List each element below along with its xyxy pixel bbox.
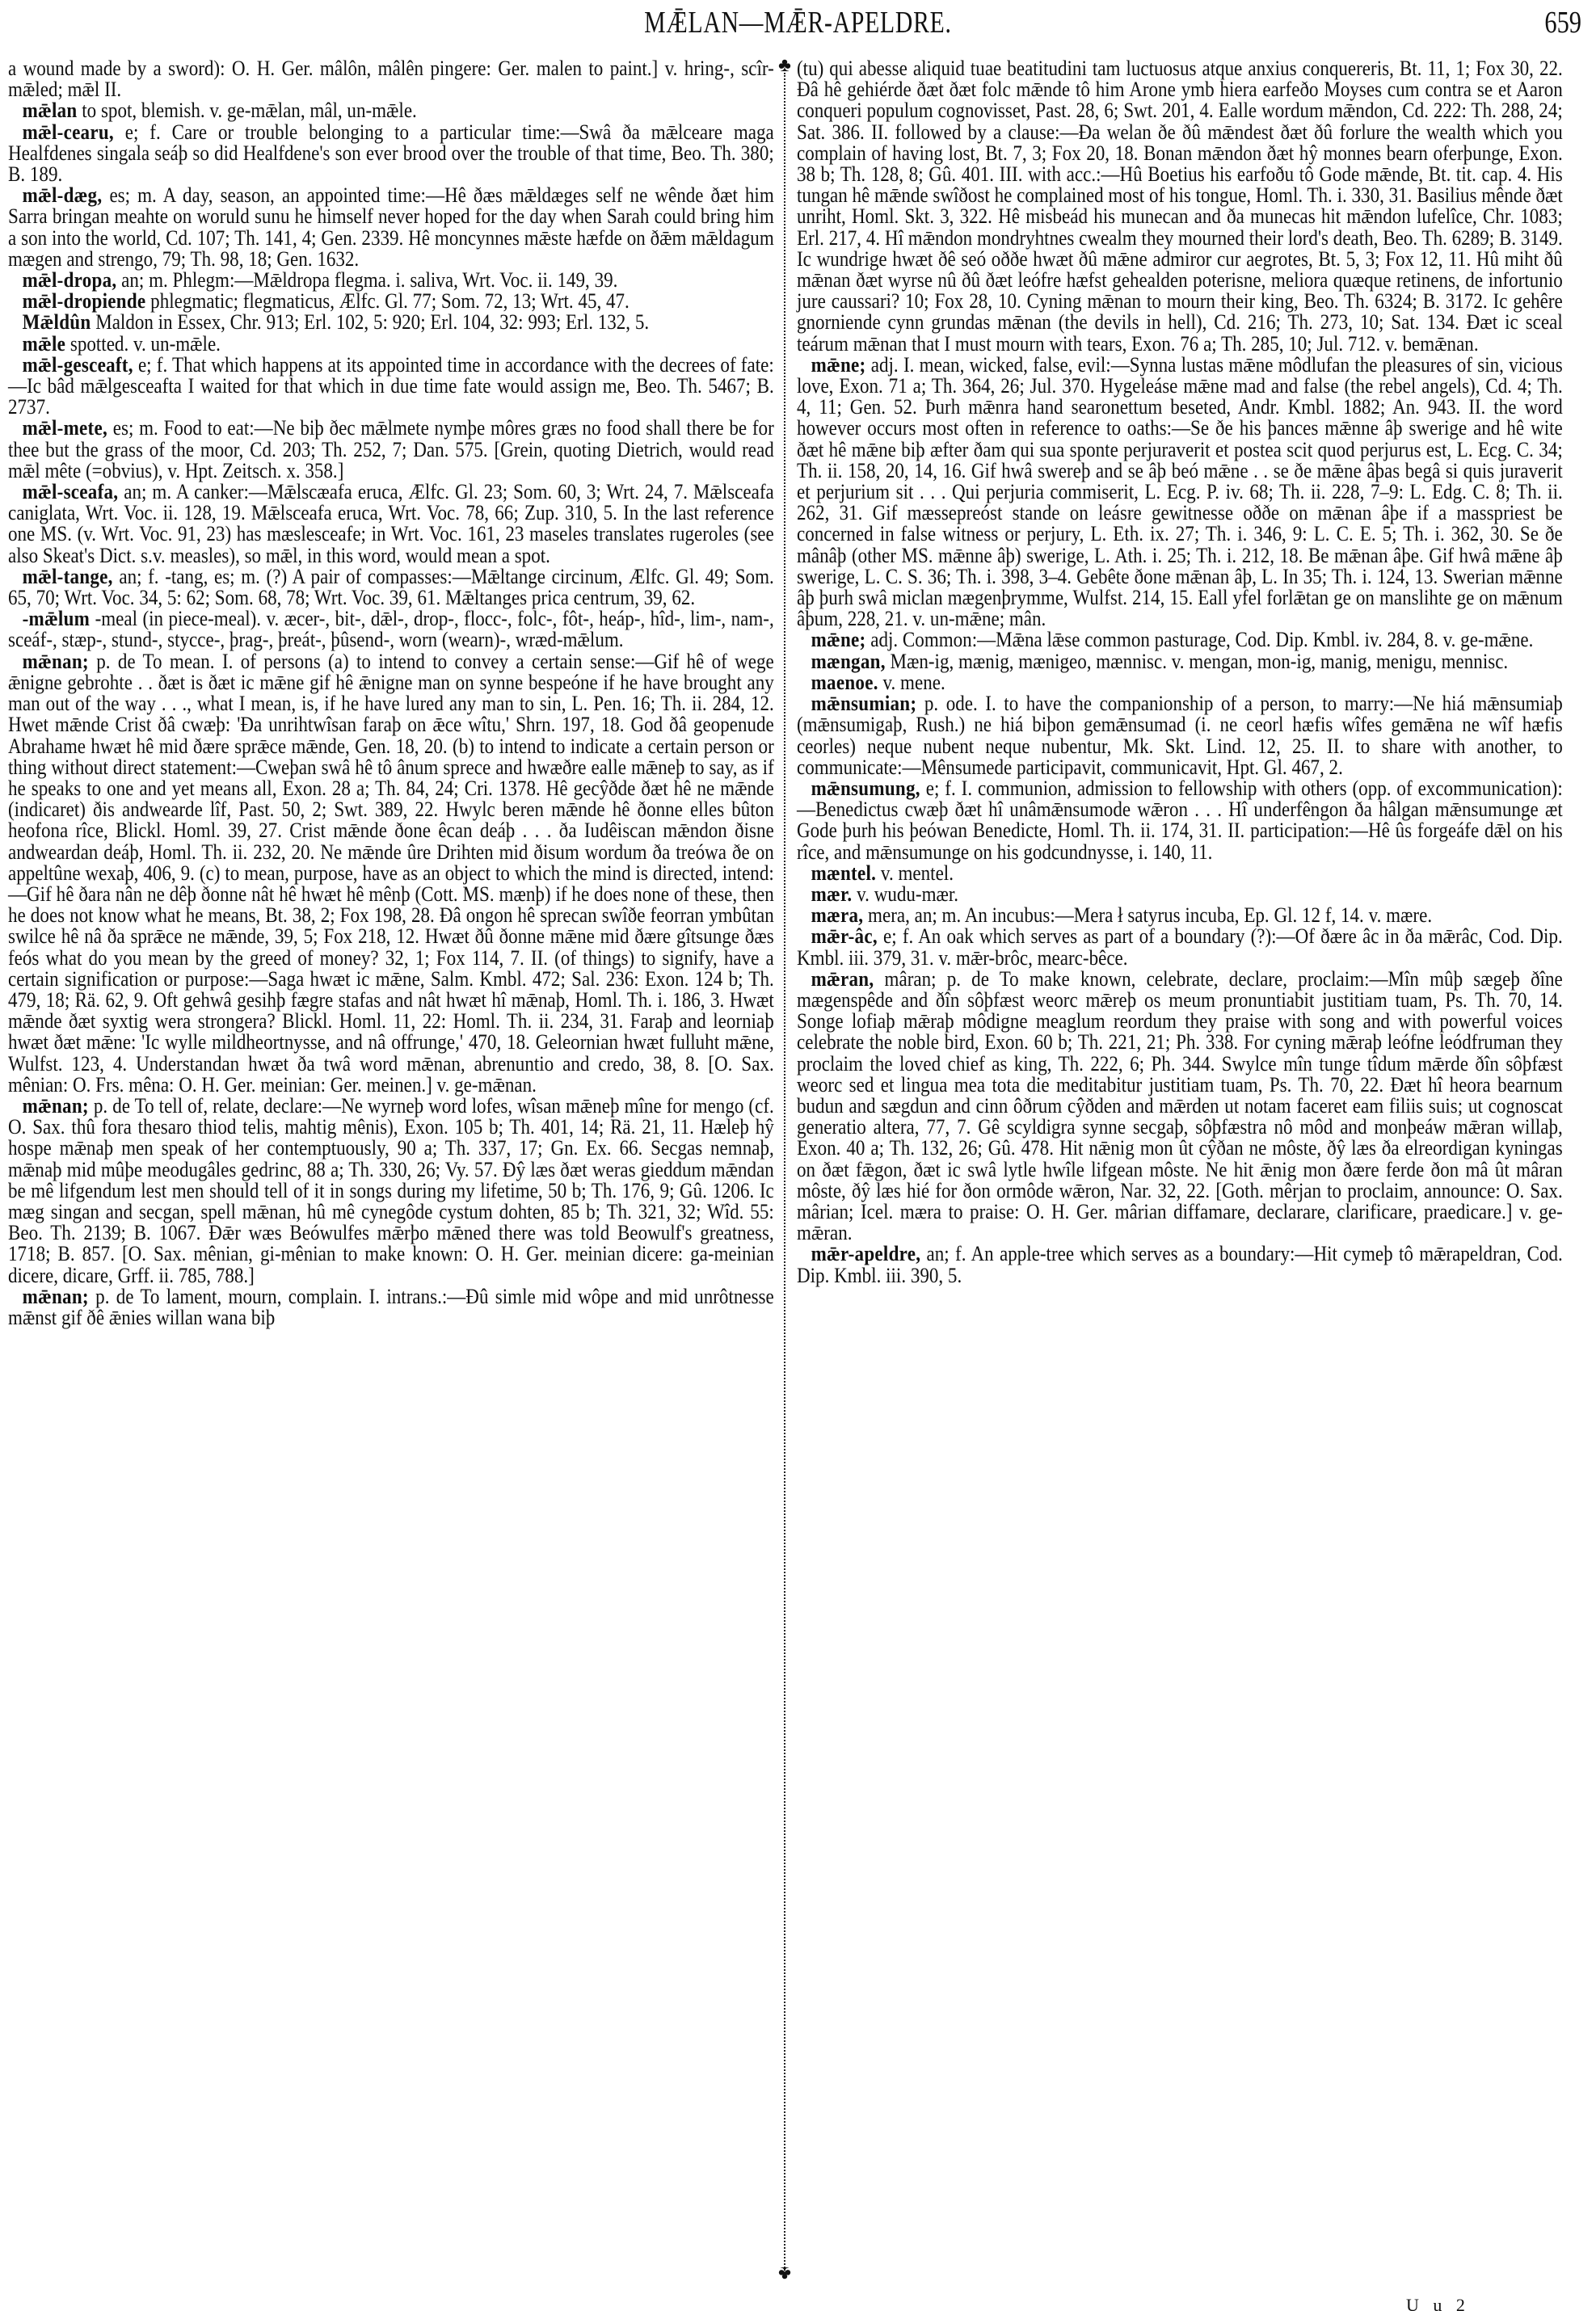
dictionary-entry: mǣnan; p. de To lament, mourn, complain.… bbox=[8, 1286, 774, 1328]
entry-headword: mǣlan bbox=[23, 99, 78, 122]
dictionary-entry: mǣnsumian; p. ode. I. to have the compan… bbox=[797, 693, 1563, 778]
entry-headword: mǣl-dropa, bbox=[23, 268, 117, 292]
entry-body: adj. Common:—Mǣna lǣse common pasturage,… bbox=[865, 628, 1533, 651]
entry-continuation: a wound made by a sword): O. H. Ger. mâl… bbox=[8, 58, 774, 100]
entry-body: phlegmatic; flegmaticus, Ælfc. Gl. 77; S… bbox=[145, 289, 629, 313]
entry-body: p. de To mean. I. of persons (a) to inte… bbox=[8, 650, 774, 1097]
entry-headword: mǣnsumung, bbox=[811, 777, 920, 800]
dictionary-entry: mǣle spotted. v. un-mǣle. bbox=[8, 334, 774, 355]
entry-headword: mǣl-dæg, bbox=[23, 183, 103, 207]
dictionary-entry: mær. v. wudu-mær. bbox=[797, 884, 1563, 905]
dictionary-entry: mǣran, mâran; p. de To make known, celeb… bbox=[797, 969, 1563, 1244]
dictionary-entry: mǣl-dropa, an; m. Phlegm:—Mǣldropa flegm… bbox=[8, 270, 774, 291]
dictionary-entry: mǣr-apeldre, an; f. An apple-tree which … bbox=[797, 1244, 1563, 1286]
entry-body: an; f. -tang, es; m. (?) A pair of compa… bbox=[8, 565, 774, 609]
entry-body: p. de To lament, mourn, complain. I. int… bbox=[8, 1285, 774, 1329]
dictionary-entry: mǣnan; p. de To tell of, relate, declare… bbox=[8, 1096, 774, 1286]
dictionary-entry: Mǣldûn Maldon in Essex, Chr. 913; Erl. 1… bbox=[8, 312, 774, 333]
dictionary-entry: mæntel. v. mentel. bbox=[797, 863, 1563, 884]
dictionary-entry: mǣl-sceafa, an; m. A canker:—Mǣlscæafa e… bbox=[8, 482, 774, 566]
entry-body: adj. I. mean, wicked, false, evil:—Synna… bbox=[797, 353, 1563, 630]
dictionary-entry: mæra, mera, an; m. An incubus:—Mera ł sa… bbox=[797, 905, 1563, 926]
entry-headword: mǣl-mete, bbox=[23, 416, 107, 440]
entry-headword: mǣle bbox=[23, 332, 66, 356]
entry-headword: mǣl-tange, bbox=[23, 565, 113, 588]
dictionary-entry: mǣl-dropiende phlegmatic; flegmaticus, Æ… bbox=[8, 291, 774, 312]
entry-continuation: (tu) qui abesse aliquid tuae beatitudini… bbox=[797, 58, 1563, 355]
dictionary-entry: mǣl-tange, an; f. -tang, es; m. (?) A pa… bbox=[8, 566, 774, 608]
entry-body: es; m. A day, season, an appointed time:… bbox=[8, 183, 774, 271]
entry-headword: mǣl-gesceaft, bbox=[23, 353, 133, 377]
dictionary-entry: mǣnan; p. de To mean. I. of persons (a) … bbox=[8, 651, 774, 1096]
right-column: (tu) qui abesse aliquid tuae beatitudini… bbox=[797, 58, 1563, 1286]
entry-headword: mǣran, bbox=[811, 967, 874, 991]
trefoil-ornament-icon: ♣ bbox=[774, 2263, 795, 2284]
entry-body: mera, an; m. An incubus:—Mera ł satyrus … bbox=[863, 903, 1432, 927]
entry-headword: mǣne; bbox=[811, 628, 866, 651]
column-divider bbox=[784, 73, 785, 2271]
entry-headword: mǣr-apeldre, bbox=[811, 1242, 921, 1265]
entry-body: an; m. A canker:—Mǣlscæafa eruca, Ælfc. … bbox=[8, 480, 774, 567]
entry-body: e; f. Care or trouble belonging to a par… bbox=[8, 120, 774, 186]
dictionary-entry: mǣne; adj. I. mean, wicked, false, evil:… bbox=[797, 355, 1563, 630]
entry-headword: mǣl-dropiende bbox=[23, 289, 146, 313]
dictionary-entry: mǣl-gesceaft, e; f. That which happens a… bbox=[8, 355, 774, 419]
entry-body: -meal (in piece-meal). v. æcer-, bit-, d… bbox=[8, 607, 774, 651]
entry-headword: mǣl-sceafa, bbox=[23, 480, 119, 503]
dictionary-entry: maenoe. v. mene. bbox=[797, 672, 1563, 693]
signature-mark: U u 2 bbox=[1406, 2295, 1470, 2311]
dictionary-entry: -mǣlum -meal (in piece-meal). v. æcer-, … bbox=[8, 608, 774, 650]
entry-headword: mǣr-âc, bbox=[811, 924, 878, 948]
entry-headword: Mǣldûn bbox=[23, 310, 91, 334]
entry-body: to spot, blemish. v. ge-mǣlan, mâl, un-m… bbox=[78, 99, 417, 122]
entry-body: (tu) qui abesse aliquid tuae beatitudini… bbox=[797, 57, 1563, 356]
left-column: a wound made by a sword): O. H. Ger. mâl… bbox=[8, 58, 774, 1328]
entry-body: v. mene. bbox=[878, 671, 945, 694]
entry-headword: maenoe. bbox=[811, 671, 878, 694]
entry-headword: mǣnan; bbox=[23, 650, 89, 673]
entry-body: spotted. v. un-mǣle. bbox=[65, 332, 221, 356]
entry-body: Mæn-ig, mænig, mænigeo, mænnisc. v. meng… bbox=[886, 650, 1508, 673]
dictionary-entry: mængan, Mæn-ig, mænig, mænigeo, mænnisc.… bbox=[797, 651, 1563, 672]
dictionary-entry: mǣr-âc, e; f. An oak which serves as par… bbox=[797, 926, 1563, 968]
entry-body: es; m. Food to eat:—Ne biþ ðec mǣlmete n… bbox=[8, 416, 774, 482]
entry-headword: mǣne; bbox=[811, 353, 866, 377]
entry-headword: mǣnsumian; bbox=[811, 692, 917, 715]
dictionary-entry: mǣl-mete, es; m. Food to eat:—Ne biþ ðec… bbox=[8, 418, 774, 482]
dictionary-entry: mǣne; adj. Common:—Mǣna lǣse common past… bbox=[797, 629, 1563, 650]
dictionary-entry: mǣl-cearu, e; f. Care or trouble belongi… bbox=[8, 122, 774, 186]
dictionary-entry: mǣnsumung, e; f. I. communion, admission… bbox=[797, 778, 1563, 863]
entry-headword: mǣl-cearu, bbox=[23, 120, 114, 144]
dictionary-entry: mǣl-dæg, es; m. A day, season, an appoin… bbox=[8, 185, 774, 270]
entry-headword: mǣnan; bbox=[23, 1285, 89, 1308]
entry-body: v. mentel. bbox=[876, 861, 954, 885]
entry-headword: mæntel. bbox=[811, 861, 877, 885]
entry-body: v. wudu-mær. bbox=[852, 882, 958, 906]
entry-body: a wound made by a sword): O. H. Ger. mâl… bbox=[8, 57, 774, 101]
page-number: 659 bbox=[1544, 5, 1581, 40]
entry-headword: -mǣlum bbox=[23, 607, 91, 630]
entry-headword: mǣnan; bbox=[23, 1094, 89, 1118]
entry-body: an; m. Phlegm:—Mǣldropa flegma. i. saliv… bbox=[116, 268, 617, 292]
entry-headword: mæra, bbox=[811, 903, 864, 927]
entry-body: Maldon in Essex, Chr. 913; Erl. 102, 5: … bbox=[91, 310, 649, 334]
entry-body: e; f. An oak which serves as part of a b… bbox=[797, 924, 1563, 969]
page-header: MǢLAN—MǢR-APELDRE. 659 bbox=[0, 0, 1596, 47]
entry-headword: mængan, bbox=[811, 650, 886, 673]
running-head-title: MǢLAN—MǢR-APELDRE. bbox=[175, 5, 1421, 40]
entry-body: p. de To tell of, relate, declare:—Ne wy… bbox=[8, 1094, 774, 1287]
entry-body: mâran; p. de To make known, celebrate, d… bbox=[797, 967, 1563, 1244]
entry-headword: mær. bbox=[811, 882, 853, 906]
dictionary-entry: mǣlan to spot, blemish. v. ge-mǣlan, mâl… bbox=[8, 100, 774, 121]
